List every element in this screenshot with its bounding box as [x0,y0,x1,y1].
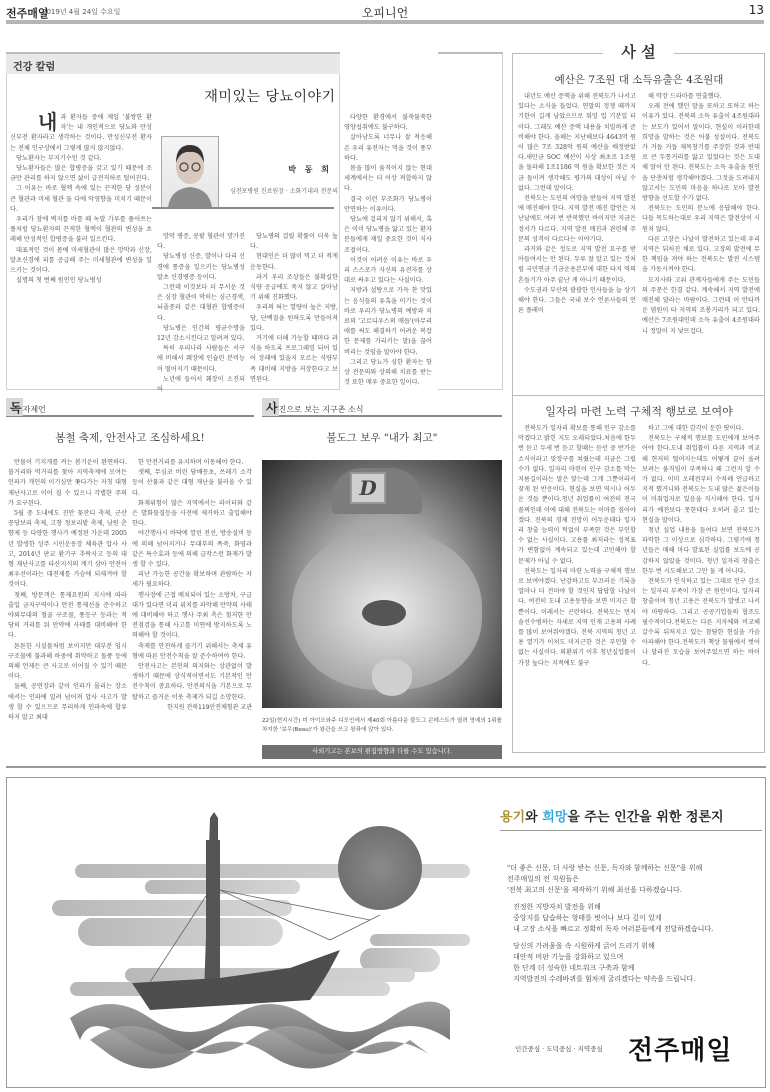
crown-badge: D [350,472,386,504]
reader-column-col1: 만물이 기지개를 켜는 봄기운이 완연하다. 볼거리와 먹거리를 찾아 지역축제… [8,458,127,723]
health-column-col3: 당뇨병의 걸릴 확률이 더욱 높다. 현대인은 더 많이 먹고 더 적게 운동한… [250,232,338,385]
masthead: 전주매일 2019년 4월 24일 수요일 오피니언 13 [6,2,764,22]
pledge-paragraph: 진정한 지방자치 발전을 위해 중앙지를 답습하는 형태를 벗어나 보다 깊이 … [507,902,767,935]
author-photo [161,136,219,209]
photo-news-label-big: 사 [262,398,279,416]
health-column-label: 건강 칼럼 [13,58,55,73]
reader-column-col2: 한 안전거리를 유지하며 이동해야 한다. 셋째, 무심코 버린 담배꽁초, 쓰… [132,458,252,713]
reader-column-title: 봄철 축제, 안전사고 조심하세요! [6,430,254,445]
bulldog-tongue [372,660,412,696]
editorial-header: 사 설 [512,41,765,62]
health-column-title: 재미있는 당뇨이야기 [150,86,390,106]
editorial-label: 사 설 [603,43,673,61]
masthead-section: 오피니언 [6,4,764,21]
editorial-1-col1: 내년도 예산 증액을 위해 전북도가 나서고 있다는 소식을 들었다. 연말의 … [518,92,636,316]
promo-pledge: "더 좋은 신문, 더 사랑 받는 신문, 독자와 함께하는 신문"을 위해 전… [507,863,767,991]
photo-news-header: 사진으로 보는 지구촌 소식 [262,397,502,417]
reader-column-label-small: 자제언 [23,405,46,414]
editorial-2-col2: 하고 그에 대한 감각이 둔한 탓이다. 전북도는 구체적 행보를 도민에게 보… [642,424,760,669]
page-number: 13 [749,3,764,17]
health-column-header: 건강 칼럼 [6,52,340,74]
author-title: 심천포병원 진료원장 · 소화기내과 전문의 [228,186,338,195]
pen-ship-icon [30,800,470,1080]
editorial-title-1: 예산은 7조원 대 소득유출은 4조원대 [515,72,763,87]
author-divider [152,207,334,209]
author-portrait-icon [162,137,218,208]
drop-cap: 내 [38,113,57,131]
promo-slogan: 용기와 희망을 주는 인간을 위한 정론지 [500,806,760,825]
reader-column-byline: 한지원 전북119안전체험관 교관 [132,703,252,713]
editorial-1-col2: 해 막장 드라마를 연출했다. 오래 전에 했던 말을 또하고 또하고 하는 이… [642,92,760,337]
reader-column-header: 독자제언 [6,397,254,417]
bulldog-photo: D [262,460,502,708]
health-column-col4: 다양한 환경에서 불쑥불쑥한 영양섭취에도 불구하다. 살아남도록 너무나 잘 … [344,113,432,388]
promo-mottos: 인간중심 · 도덕중심 · 지역중심 [515,1044,603,1053]
section-divider-1 [6,766,766,768]
photo-caption: 22일(현지시간) 미 아이오와주 디모인에서 제40회 아름다운 불도그 콘테… [262,717,502,735]
pledge-paragraph: 당신의 가려움을 속 시원하게 긁어 드리기 위해 대안적 비판 기능을 강화하… [507,941,767,985]
editorial-title-2: 일자리 마련 노력 구체적 행보로 보여야 [515,403,763,419]
health-column-col2: 망막 병증, 콩팥 혈관이 망가진다. 당뇨병성 신증, 발이나 다리 신경에 … [157,232,245,395]
health-column-col1: 내과 환자들 중에 제일 '불쌍한 환자'는 내 개인적으로 당뇨와 만성신부전… [10,113,152,286]
author-name: 박 동 희 [220,164,332,175]
sailing-ship-illustration [30,800,470,1080]
photo-news-label-small: 진으로 보는 지구촌 소식 [279,405,364,414]
editorial-2-col1: 전북도가 일자리 확보를 통해 인구 감소를 막겠다고 밝힌 지도 오래되었다.… [518,424,636,669]
photo-news-title: 불도그 보우 "내가 최고" [262,430,502,445]
slogan-divider [500,830,762,831]
newspaper-logo: 전주매일 [628,1030,732,1067]
pledge-paragraph: "더 좋은 신문, 더 사랑 받는 신문, 독자와 함께하는 신문"을 위해 전… [507,863,767,896]
editorial-separator [512,395,765,396]
masthead-divider [6,20,764,24]
reader-column-label-big: 독 [6,398,23,416]
editorial-disclaimer: 사외기고는 본보의 편집방향과 다를 수도 있습니다. [262,745,502,759]
bulldog-nose [362,600,406,626]
health-column-box-right [438,52,503,390]
